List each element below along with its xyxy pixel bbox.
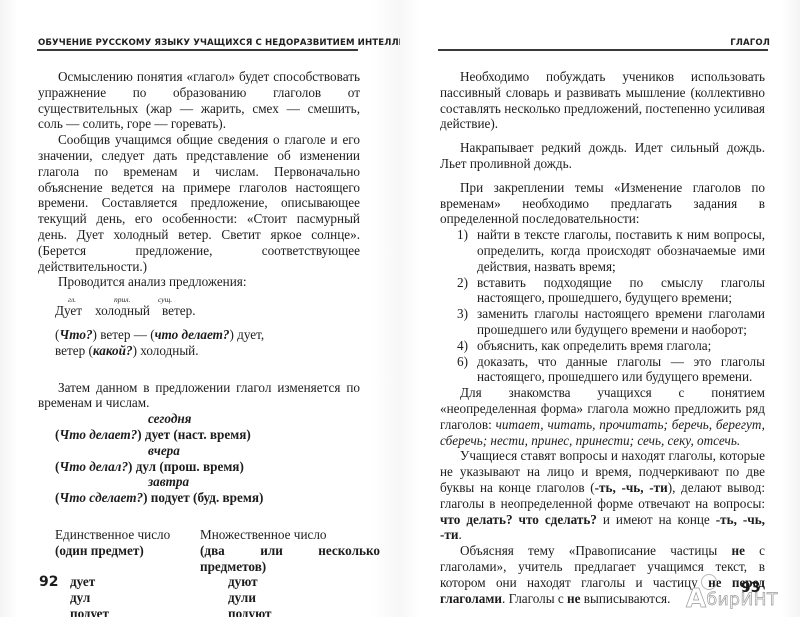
table-cell: подуют	[200, 606, 380, 617]
analysis-sentence: Дуетхолодныйветер.	[55, 303, 360, 319]
table-cell: дул	[55, 590, 200, 606]
table-header: Множественное число	[200, 527, 380, 543]
header-rule-left	[37, 49, 358, 51]
tense-line: (Что сделает?) подует (буд. время)	[55, 490, 360, 506]
list-item: 4)объяснить, как определить время глагол…	[440, 338, 765, 354]
adverb-tomorrow: завтра	[38, 474, 360, 490]
grammar-mark: сущ.	[158, 292, 172, 308]
watermark-logo-icon: А	[686, 584, 707, 614]
list-item: 2)вставить подходящие по смыслу глаголы …	[440, 275, 765, 307]
list-item: 3)заменить глаголы настоящего времени гл…	[440, 306, 765, 338]
paragraph: Проводится анализ предложения:	[38, 274, 360, 290]
table-cell: подует	[55, 606, 200, 617]
paragraph: Сообщив учащимся общие сведения о глагол…	[38, 132, 360, 274]
grammar-mark: прил.	[114, 292, 130, 308]
running-head-right: ГЛАГОЛ	[730, 38, 770, 48]
left-page-body: Осмыслению понятия «глагол» будет способ…	[38, 69, 360, 617]
header-rule-right	[438, 49, 768, 51]
table-header: Единственное число	[55, 527, 200, 543]
tense-line: (Что делал?) дул (прош. время)	[55, 459, 360, 475]
paragraph: Для знакомства учащихся с понятием «неоп…	[440, 385, 765, 448]
labirint-watermark: АбирИНТ	[686, 584, 778, 614]
running-head-left: ОБУЧЕНИЕ РУССКОМУ ЯЗЫКУ УЧАЩИХСЯ С НЕДОР…	[38, 38, 424, 48]
grammar-mark: гл.	[68, 292, 76, 308]
right-page-body: Необходимо побуждать учеников использова…	[440, 69, 765, 606]
tense-line: (Что делает?) дует (наст. время)	[55, 427, 360, 443]
paragraph: При закреплении темы «Изменение глаголов…	[440, 180, 765, 227]
list-item: 6)доказать, что данные глаголы — это гла…	[440, 354, 765, 386]
adverb-today: сегодня	[38, 411, 360, 427]
right-page: ГЛАГОЛ Необходимо побуждать учеников исп…	[400, 0, 800, 617]
left-page: ОБУЧЕНИЕ РУССКОМУ ЯЗЫКУ УЧАЩИХСЯ С НЕДОР…	[0, 0, 400, 617]
paragraph: Накрапывает редкий дождь. Идет сильный д…	[440, 140, 765, 172]
paragraph: Учащиеся ставят вопросы и находят глагол…	[440, 448, 765, 543]
table-subheader: (два или несколько предметов)	[200, 543, 380, 575]
task-list: 1)найти в тексте глаголы, поставить к ни…	[440, 227, 765, 385]
question-line: ветер (какой?) холодный.	[55, 343, 360, 359]
number-table: Единственное число Множественное число (…	[55, 527, 360, 617]
paragraph: Осмыслению понятия «глагол» будет способ…	[38, 69, 360, 132]
question-line: (Что?) ветер — (что делает?) дует,	[55, 327, 360, 343]
table-subheader: (один предмет)	[55, 543, 200, 575]
page-number-left: 92	[39, 574, 58, 590]
table-cell: дули	[200, 590, 380, 606]
list-item: 1)найти в тексте глаголы, поставить к ни…	[440, 227, 765, 274]
paragraph: Затем данном в предложении глагол изменя…	[38, 380, 360, 412]
paragraph: Необходимо побуждать учеников использова…	[440, 69, 765, 132]
table-cell: дуют	[200, 574, 380, 590]
adverb-yesterday: вчера	[38, 443, 360, 459]
grammar-marks: гл. прил. сущ.	[58, 290, 360, 303]
table-cell: дует	[55, 574, 200, 590]
